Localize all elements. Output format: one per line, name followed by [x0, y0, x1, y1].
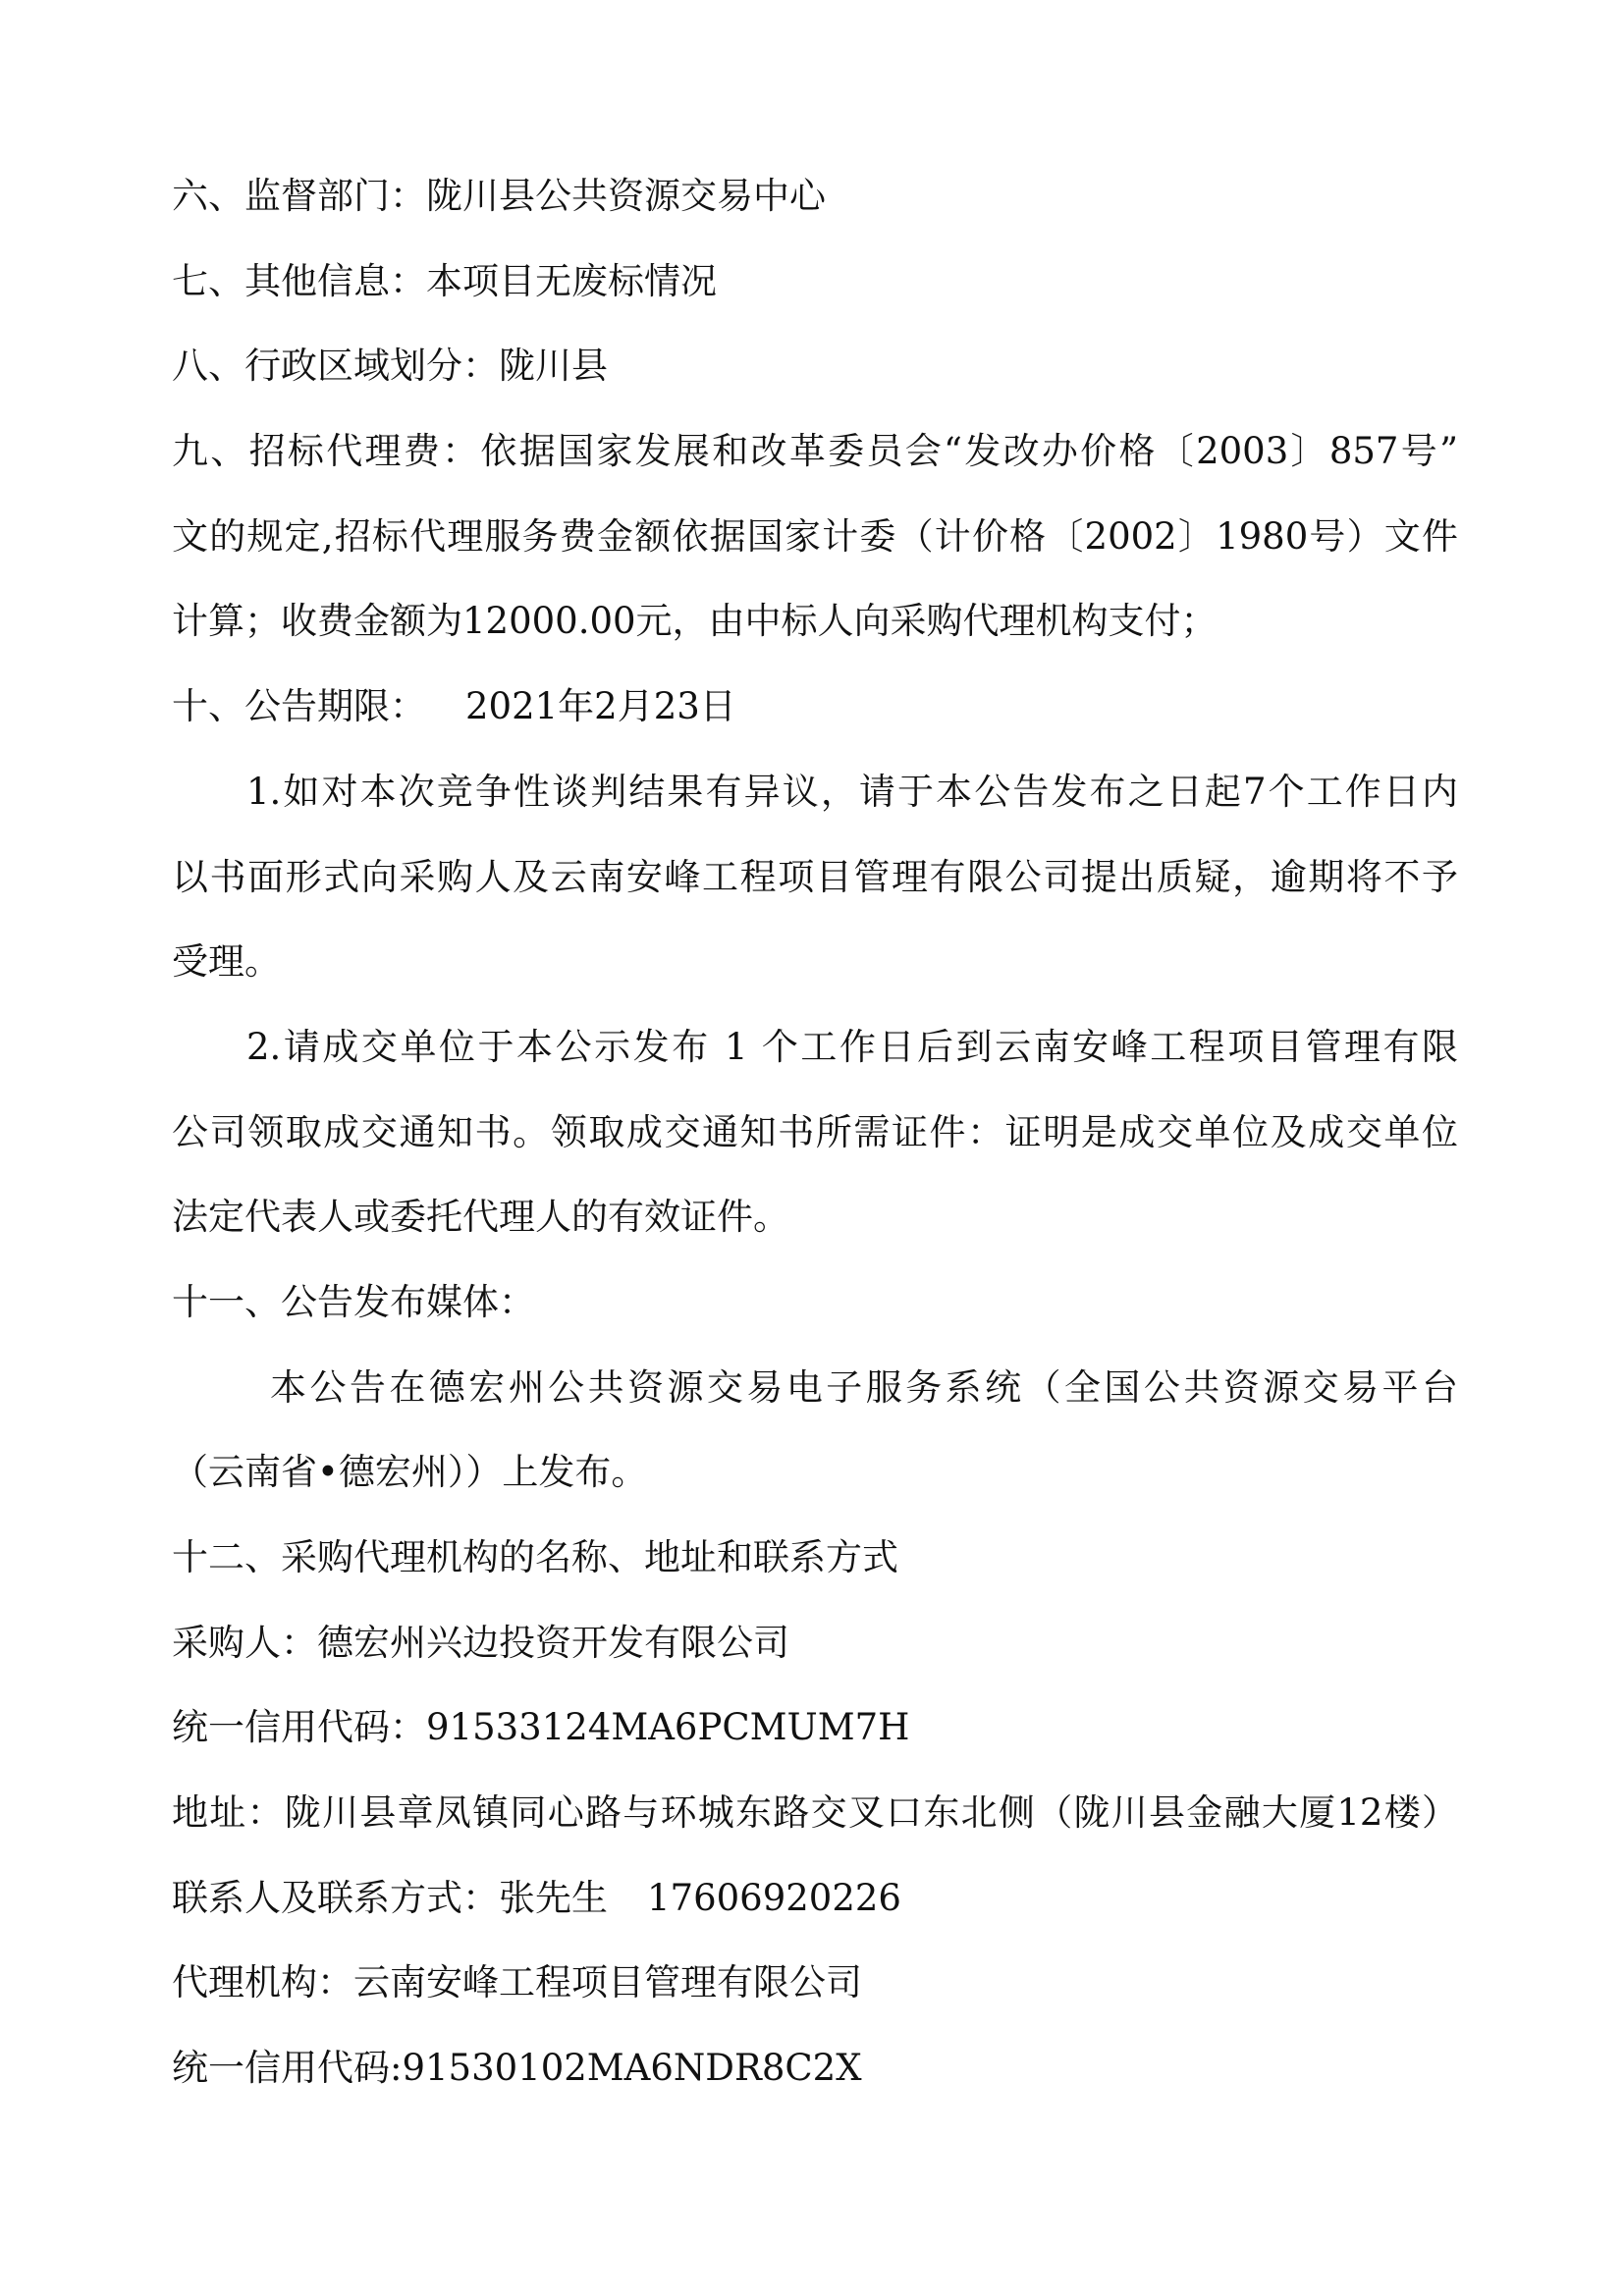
section-8-admin-region: 八、行政区域划分：陇川县 — [172, 324, 1458, 409]
purchaser-address: 地址：陇川县章凤镇同心路与环城东路交叉口东北侧（陇川县金融大厦12楼） — [172, 1771, 1458, 1856]
document-page: 六、监督部门：陇川县公共资源交易中心 七、其他信息：本项目无废标情况 八、行政区… — [172, 154, 1458, 2111]
section-11-media-line1: 本公告在德宏州公共资源交易电子服务系统（全国公共资源交易平台 — [172, 1346, 1458, 1431]
section-6-supervision: 六、监督部门：陇川县公共资源交易中心 — [172, 154, 1458, 240]
section-11-media-heading: 十一、公告发布媒体： — [172, 1260, 1458, 1346]
purchaser-contact: 联系人及联系方式：张先生17606920226 — [172, 1856, 1458, 1942]
agency-credit-code: 统一信用代码:91530102MA6NDR8C2X — [172, 2026, 1458, 2111]
notice-item-2-line2: 公司领取成交通知书。领取成交通知书所需证件：证明是成交单位及成交单位 — [172, 1091, 1458, 1176]
contact-label: 联系人及联系方式：张先生 — [172, 1877, 608, 1919]
contact-phone: 17606920226 — [647, 1877, 901, 1919]
section-12-heading: 十二、采购代理机构的名称、地址和联系方式 — [172, 1516, 1458, 1601]
purchaser-name: 采购人：德宏州兴边投资开发有限公司 — [172, 1601, 1458, 1686]
objection-item-1-line1: 1.如对本次竞争性谈判结果有异议，请于本公告发布之日起7个工作日内 — [172, 750, 1458, 835]
section-7-other-info: 七、其他信息：本项目无废标情况 — [172, 240, 1458, 325]
section-10-announcement-period: 十、公告期限：2021年2月23日 — [172, 665, 1458, 750]
section-10-label: 十、公告期限： — [172, 685, 426, 727]
objection-item-1-line3: 受理。 — [172, 920, 1458, 1005]
section-9-agency-fee-line3: 计算；收费金额为12000.00元，由中标人向采购代理机构支付； — [172, 579, 1458, 665]
announcement-period-date: 2021年2月23日 — [465, 685, 736, 727]
notice-item-2-line3: 法定代表人或委托代理人的有效证件。 — [172, 1175, 1458, 1260]
notice-item-2-line1: 2.请成交单位于本公示发布 1 个工作日后到云南安峰工程项目管理有限 — [172, 1005, 1458, 1091]
section-11-media-line2: （云南省•德宏州））上发布。 — [172, 1430, 1458, 1516]
agency-name: 代理机构：云南安峰工程项目管理有限公司 — [172, 1941, 1458, 2026]
purchaser-credit-code: 统一信用代码：91533124MA6PCMUM7H — [172, 1685, 1458, 1771]
section-9-agency-fee-line2: 文的规定,招标代理服务费金额依据国家计委（计价格〔2002〕1980号）文件 — [172, 495, 1458, 580]
objection-item-1-line2: 以书面形式向采购人及云南安峰工程项目管理有限公司提出质疑，逾期将不予 — [172, 835, 1458, 921]
section-9-agency-fee-line1: 九、招标代理费：依据国家发展和改革委员会“发改办价格〔2003〕857号” — [172, 409, 1458, 495]
